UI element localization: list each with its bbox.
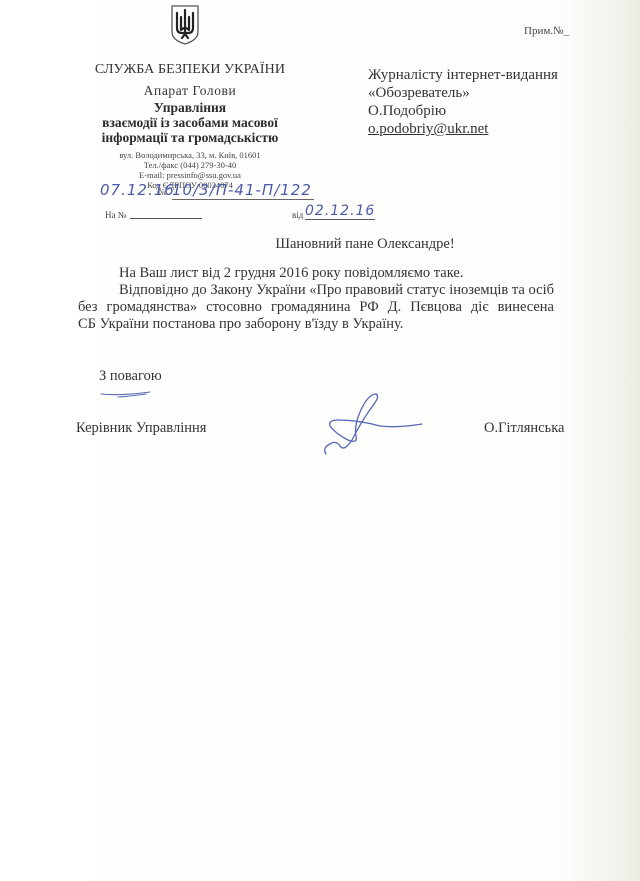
- office-name: Апарат Голови: [80, 83, 300, 99]
- letter-page: СЛУЖБА БЕЗПЕКИ УКРАЇНИ Апарат Голови Упр…: [0, 0, 640, 881]
- from-label: від: [292, 210, 303, 220]
- organization-header: СЛУЖБА БЕЗПЕКИ УКРАЇНИ Апарат Голови Упр…: [80, 62, 300, 145]
- closing: З повагою: [99, 368, 162, 385]
- signature-icon: [318, 390, 428, 460]
- department-line: інформації та громадськістю: [80, 130, 300, 145]
- letter-body: На Ваш лист від 2 грудня 2016 року повід…: [78, 265, 554, 333]
- email: E-mail: pressinfo@ssu.gov.ua: [100, 170, 280, 180]
- recipient-line: О.Подобрію: [368, 102, 558, 120]
- signer-name: О.Гітлянська: [484, 420, 564, 437]
- signer-position: Керівник Управління: [76, 420, 206, 437]
- reply-reference: На № від 02.12.16: [100, 206, 340, 222]
- recipient-block: Журналісту інтернет-видання «Обозревател…: [368, 66, 558, 138]
- address: вул. Володимирська, 33, м. Київ, 01601: [100, 150, 280, 160]
- phone-fax: Тел./факс (044) 279-30-40: [100, 160, 280, 170]
- department-line: Управління: [80, 100, 300, 115]
- paragraph: Відповідно до Закону України «Про правов…: [78, 282, 554, 316]
- reply-from-date: 02.12.16: [305, 203, 375, 220]
- greeting: Шановний пане Олександре!: [0, 236, 640, 253]
- outgoing-number: 10/3/П-41-П/122: [172, 181, 314, 200]
- outgoing-registration: 07.12.16 № 10/3/П-41-П/122: [100, 183, 340, 201]
- department-line: взаємодії із засобами масової: [80, 115, 300, 130]
- trident-icon: [170, 4, 200, 46]
- organization-name: СЛУЖБА БЕЗПЕКИ УКРАЇНИ: [80, 62, 300, 78]
- paragraph: СБ України постанова про заборону в'їзду…: [78, 316, 554, 333]
- pen-stroke-icon: [100, 385, 152, 393]
- copy-mark: Прим.№_: [524, 25, 569, 37]
- reply-to-blank: [130, 218, 202, 219]
- recipient-email: o.podobriy@ukr.net: [368, 120, 558, 138]
- recipient-line: Журналісту інтернет-видання: [368, 66, 558, 84]
- number-label: №: [158, 187, 167, 197]
- department-name: Управління взаємодії із засобами масової…: [80, 100, 300, 145]
- recipient-line: «Обозреватель»: [368, 84, 558, 102]
- paragraph: На Ваш лист від 2 грудня 2016 року повід…: [78, 265, 554, 282]
- reply-to-label: На №: [105, 210, 126, 220]
